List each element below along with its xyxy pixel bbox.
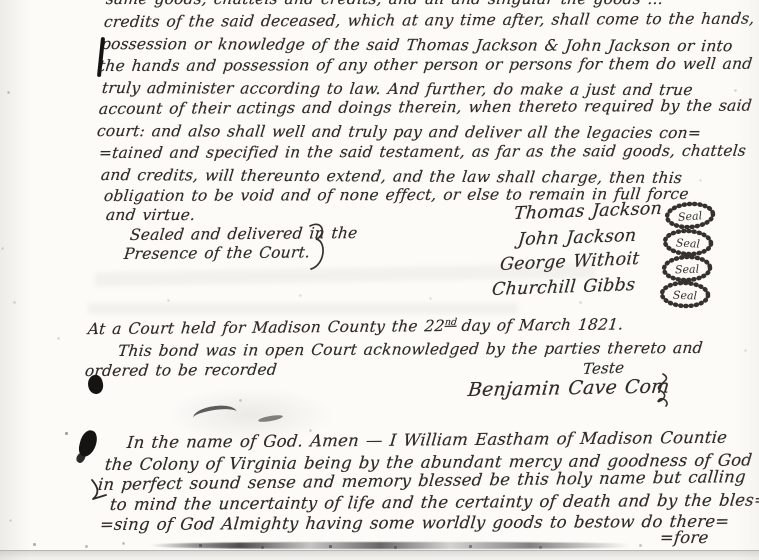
seal-label: Seal [673,289,698,303]
bond-text-line: court: and also shall well and truly pay… [96,122,702,142]
bond-text-line: credits of the said deceased, which at a… [103,10,755,31]
bottom-edge-smudge [150,542,650,549]
brace-icon [306,221,330,273]
seal-label: Seal [678,209,703,224]
clerk-flourish-icon [648,372,678,408]
stray-arrow-mark [88,478,110,504]
ghost-smudge-2 [88,303,518,314]
seal-label: Seal [675,263,700,277]
court-record-line-1: At a Court held for Madison County the 2… [87,315,624,338]
bond-text-line: and virtue. [105,206,196,224]
will-text-line: =fore [659,528,710,547]
top-cut-line: same goods, chattels and credits, and al… [105,0,664,8]
bond-text-line: and credits, will thereunto extend, and … [100,166,683,187]
attestation-line-2: Presence of the Court. [123,243,311,263]
scanned-document-page: same goods, chattels and credits, and al… [0,0,759,560]
stamp-smudge-arc [192,403,238,427]
court-record-line-3: ordered to be recorded [84,361,278,380]
court-record-line-1-date: day of March 1821. [461,315,624,334]
court-record-line-1-text: At a Court held for Madison County the 2… [87,317,445,338]
page-scan-edge [0,550,759,560]
scan-noise-speckles [0,0,1,1]
signature-name: Thomas Jackson [513,199,663,224]
bond-text-line: account of their actings and doings ther… [98,97,753,118]
bond-text-line: the hands and possession of any other pe… [98,55,753,75]
seal-icon: Seal [659,279,712,310]
ordinal-suffix: nd [444,317,457,328]
teste-label: Teste [582,359,625,379]
bond-text-line: truly administer according to law. And f… [101,79,694,99]
clerk-signature: Benjamin Cave Com [467,375,671,401]
bond-text-line: possession or knowledge of the said Thom… [100,35,733,55]
will-text-line: In the name of God. Amen — I William Eas… [126,428,728,452]
seal-label: Seal [676,236,701,250]
stamp-smudge-dash [258,414,283,423]
court-record-line-2: This bond was in open Court acknowledged… [117,339,704,360]
bond-text-line: =tained and specified in the said testam… [98,142,747,162]
will-text-line: =sing of God Almighty having some worldl… [99,512,730,534]
will-text-line: to mind the uncertainty of life and the … [109,490,759,514]
signature-name: John Jackson [517,226,637,250]
